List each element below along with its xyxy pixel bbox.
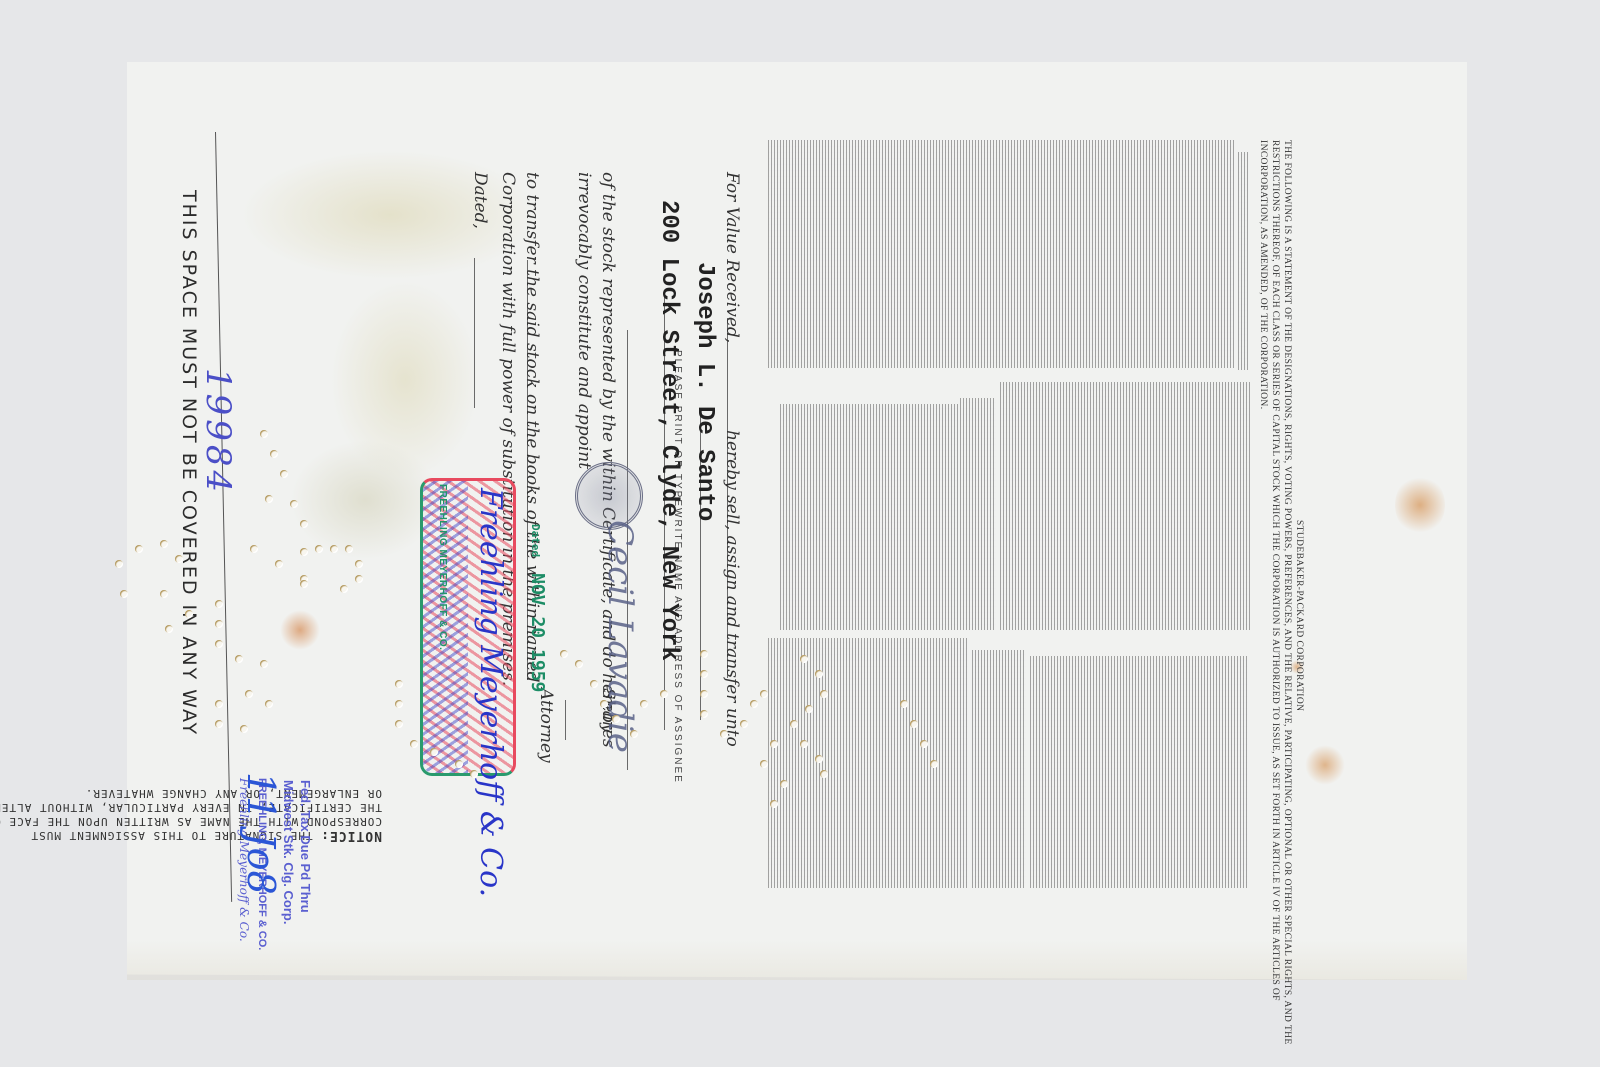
- stain: [240, 150, 540, 280]
- perforation-hole: [770, 800, 778, 808]
- perforation-hole: [245, 690, 253, 698]
- perforation-hole: [250, 545, 258, 553]
- perforation-hole: [815, 755, 823, 763]
- fine-print-block: [960, 398, 996, 630]
- perforation-hole: [315, 545, 323, 553]
- perforation-hole: [410, 740, 418, 748]
- perforation-hole: [800, 740, 808, 748]
- perforation-hole: [280, 470, 288, 478]
- perforation-hole: [700, 710, 708, 718]
- header-line: RESTRICTIONS THEREOF, OF EACH CLASS OR S…: [1270, 140, 1280, 1001]
- perforation-hole: [395, 700, 403, 708]
- form-line: [565, 700, 566, 740]
- rust-spot: [280, 610, 320, 650]
- perforation-hole: [160, 590, 168, 598]
- perforation-hole: [260, 660, 268, 668]
- perforation-hole: [455, 760, 463, 768]
- perforation-hole: [340, 585, 348, 593]
- hereby-sell-text: hereby sell, assign and transfer unto: [722, 430, 742, 747]
- rust-spot: [1395, 475, 1445, 535]
- notice-line: THE CERTIFICATE, IN EVERY PARTICULAR, WI…: [0, 801, 382, 814]
- guarantee-signature: Freehling Meyerhoff & Co.: [473, 488, 508, 897]
- perforation-hole: [760, 760, 768, 768]
- tax-stamp: Fed. Tax Due Pd Thru Midwest Stk. Clg. C…: [280, 780, 314, 924]
- assignee-name: Joseph L. De Santo: [691, 262, 718, 521]
- perforation-hole: [135, 545, 143, 553]
- perforation-hole: [215, 600, 223, 608]
- perforation-hole: [470, 770, 478, 778]
- perforation-hole: [265, 495, 273, 503]
- perforation-hole: [215, 700, 223, 708]
- fine-print-block: [1030, 656, 1248, 888]
- perforation-hole: [600, 700, 608, 708]
- form-line: [474, 258, 475, 408]
- issuer-name: STUDEBAKER-PACKARD CORPORATION: [1294, 140, 1304, 711]
- rust-spot: [1305, 745, 1345, 785]
- date-stamp-value: NOV 20 1959: [527, 573, 548, 692]
- perforation-hole: [270, 450, 278, 458]
- tax-handwritten: 11 Jo8: [239, 772, 283, 895]
- perforation-hole: [900, 700, 908, 708]
- perforation-hole: [300, 580, 308, 588]
- fine-print-block: [768, 140, 1234, 368]
- date-stamp-label: Dated: [529, 524, 542, 557]
- assignee-address: 200 Lock Street, Clyde, New York: [655, 200, 682, 661]
- perforation-hole: [175, 555, 183, 563]
- perforation-hole: [330, 545, 338, 553]
- perforation-hole: [660, 690, 668, 698]
- perforation-hole: [355, 575, 363, 583]
- perforation-hole: [630, 730, 638, 738]
- perforation-hole: [780, 780, 788, 788]
- tax-line: Midwest Stk. Clg. Corp.: [281, 780, 296, 924]
- perforation-hole: [750, 700, 758, 708]
- perforation-hole: [720, 730, 728, 738]
- perforation-hole: [820, 770, 828, 778]
- perforation-hole: [345, 545, 353, 553]
- perforation-hole: [740, 720, 748, 728]
- fine-print-block: [1238, 152, 1248, 370]
- perforation-hole: [930, 760, 938, 768]
- perforation-hole: [165, 625, 173, 633]
- perforation-hole: [290, 500, 298, 508]
- margin-caption: THIS SPACE MUST NOT BE COVERED IN ANY WA…: [178, 190, 200, 736]
- perforation-hole: [700, 670, 708, 678]
- perforation-hole: [700, 690, 708, 698]
- issuer-header: STUDEBAKER-PACKARD CORPORATION THE FOLLO…: [1257, 140, 1305, 1045]
- perforation-hole: [235, 655, 243, 663]
- perforation-hole: [800, 655, 808, 663]
- perforation-hole: [560, 650, 568, 658]
- header-line: INCORPORATION, AS AMENDED, OF THE CORPOR…: [1258, 140, 1268, 409]
- notice-title: NOTICE:: [320, 828, 382, 843]
- perforation-hole: [120, 590, 128, 598]
- perforation-hole: [215, 620, 223, 628]
- perforation-hole: [815, 670, 823, 678]
- perforation-hole: [590, 680, 598, 688]
- notice-line: OR ENLARGEMENT, OR ANY CHANGE WHATEVER.: [85, 787, 382, 800]
- perforation-hole: [185, 610, 193, 618]
- perforation-hole: [300, 548, 308, 556]
- perforation-hole: [700, 650, 708, 658]
- fine-print-block: [768, 638, 968, 888]
- perforation-hole: [160, 540, 168, 548]
- perforation-hole: [115, 560, 123, 568]
- perforation-hole: [910, 720, 918, 728]
- perforation-hole: [640, 700, 648, 708]
- guarantee-firm: FREEHLING MEYERHOFF & CO.: [437, 484, 448, 650]
- attorney-label: Attorney: [536, 688, 556, 763]
- tax-line: Fed. Tax Due Pd Thru: [298, 780, 313, 913]
- pencil-number: 19984: [198, 368, 238, 496]
- perforation-hole: [790, 720, 798, 728]
- perforation-hole: [575, 660, 583, 668]
- perforation-hole: [260, 430, 268, 438]
- perforation-hole: [395, 720, 403, 728]
- stain: [290, 440, 440, 560]
- perforation-hole: [275, 560, 283, 568]
- perforation-hole: [770, 740, 778, 748]
- perforation-hole: [820, 690, 828, 698]
- perforation-hole: [920, 740, 928, 748]
- header-line: THE FOLLOWING IS A STATEMENT OF THE DESI…: [1282, 140, 1292, 1045]
- fine-print-block: [1000, 382, 1250, 630]
- notice-block: NOTICE: THE SIGNATURE TO THIS ASSIGNMENT…: [0, 786, 382, 842]
- dated-label: Dated,: [470, 172, 490, 229]
- perforation-hole: [215, 720, 223, 728]
- fine-print-block: [780, 404, 958, 630]
- date-stamp: DatedNOV 20 1959: [527, 524, 548, 692]
- notice-line: CORRESPOND WITH THE NAME AS WRITTEN UPON…: [0, 815, 382, 828]
- perforation-hole: [430, 748, 438, 756]
- perforation-hole: [240, 725, 248, 733]
- for-value-received: For Value Received,: [722, 172, 742, 343]
- perforation-hole: [805, 705, 813, 713]
- perforation-hole: [760, 690, 768, 698]
- perforation-hole: [612, 715, 620, 723]
- attorney-line: irrevocably constitute and appoint: [574, 172, 594, 469]
- perforation-hole: [395, 680, 403, 688]
- perforation-hole: [265, 700, 273, 708]
- fine-print-block: [972, 650, 1026, 888]
- perforation-hole: [215, 640, 223, 648]
- perforation-hole: [355, 560, 363, 568]
- owner-signature: Cecil Lavadie: [600, 520, 640, 753]
- perforation-hole: [300, 520, 308, 528]
